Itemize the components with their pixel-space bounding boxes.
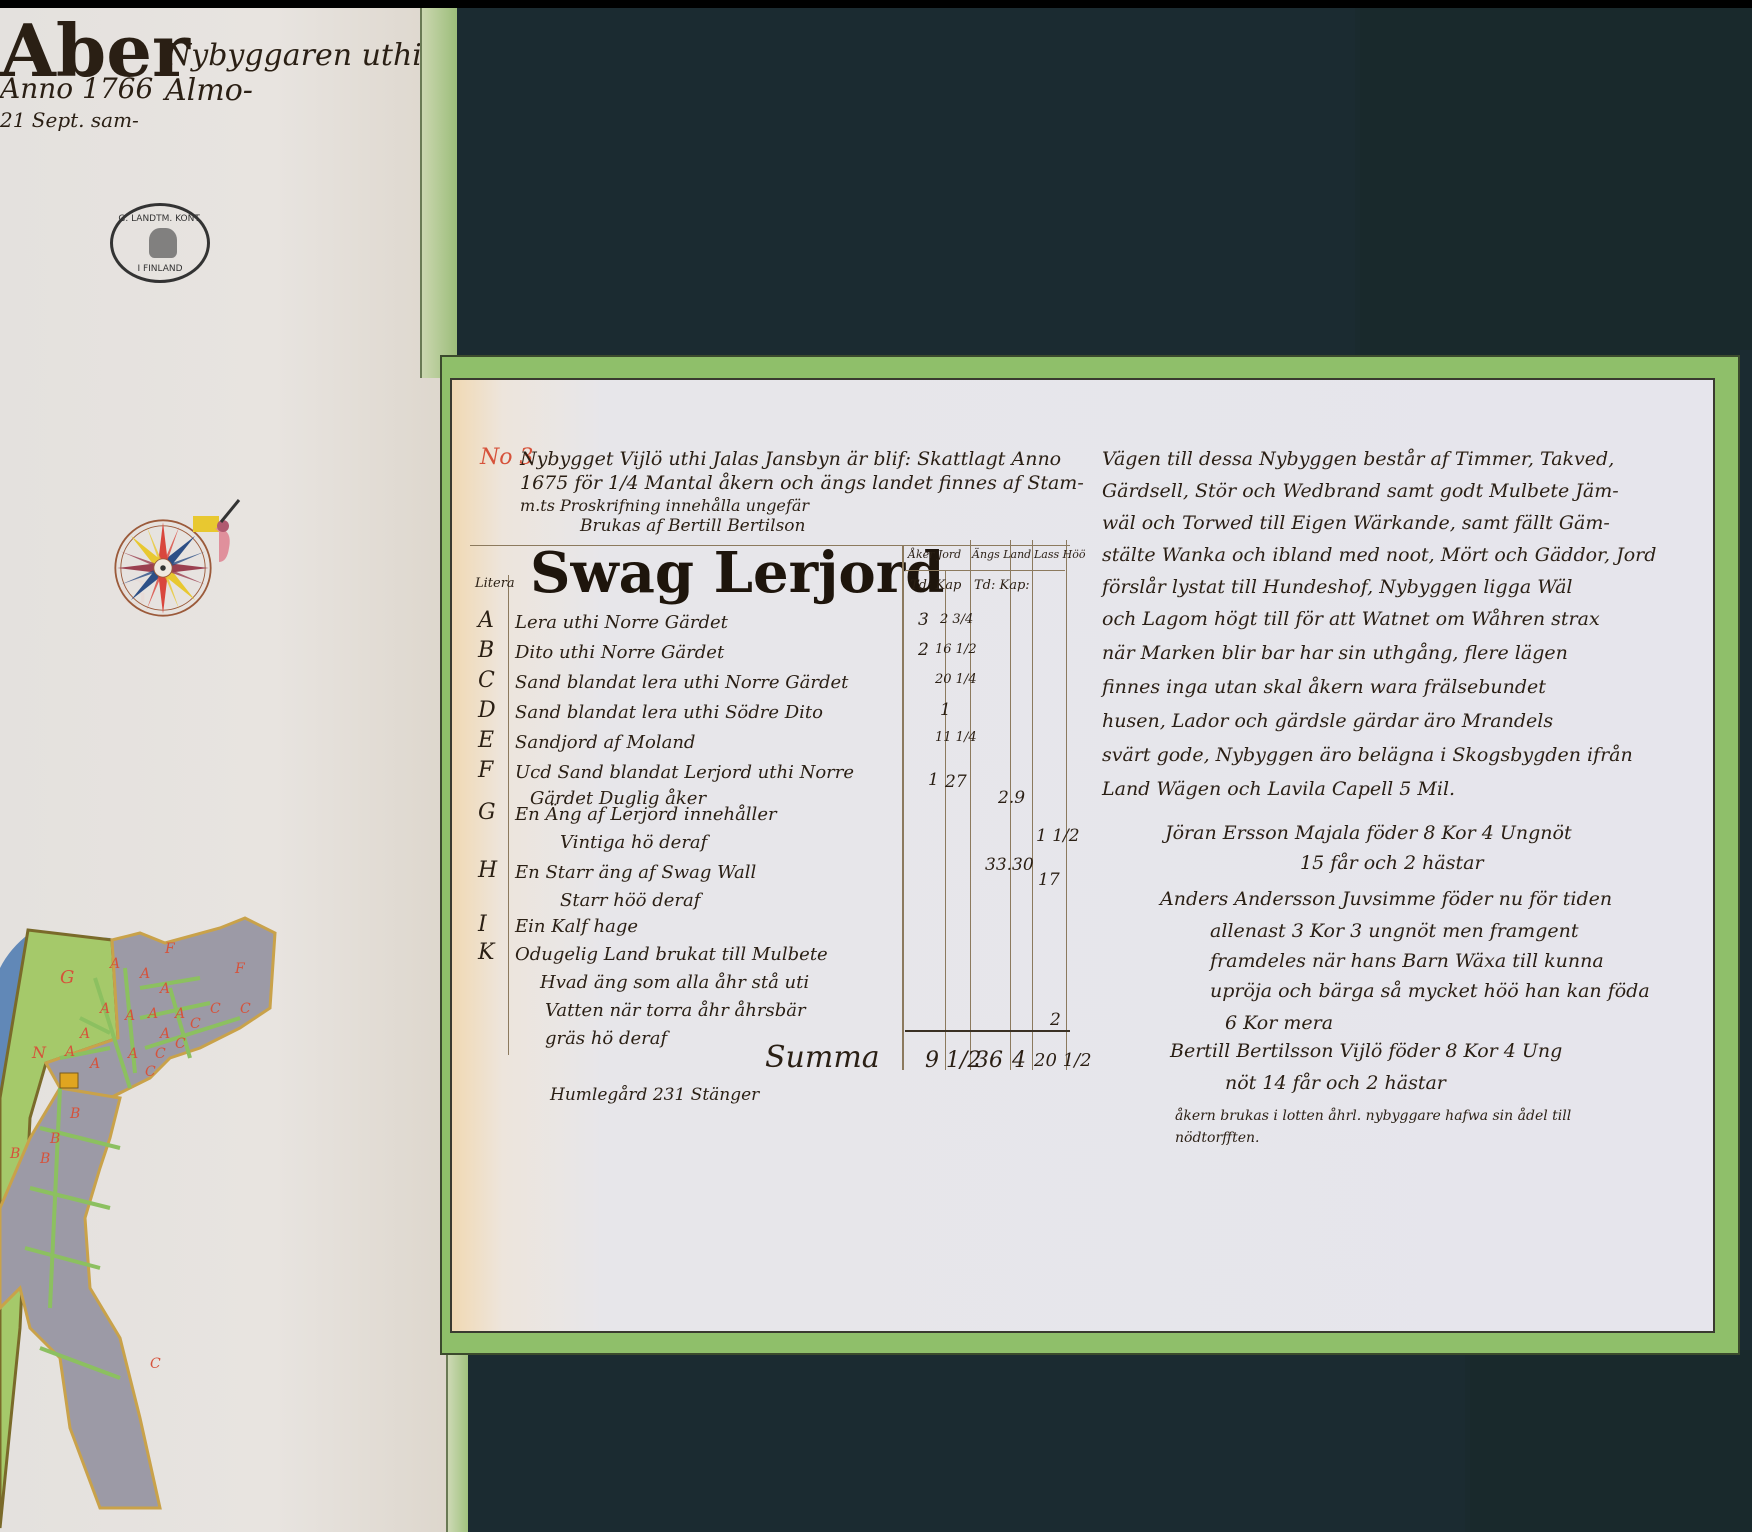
col-header-3: Lass Höö	[1034, 548, 1086, 561]
summa-c2a: 36	[975, 1048, 1003, 1073]
closing-note-1: åkern brukas i lotten åhrl. nybyggare ha…	[1175, 1108, 1571, 1124]
svg-text:N: N	[31, 1043, 47, 1062]
col3-end-rule	[1066, 540, 1067, 1070]
svg-text:C: C	[210, 1001, 221, 1017]
svg-text:C: C	[240, 1001, 251, 1017]
mount-board-edge	[1740, 350, 1752, 1350]
stamp-bottom-text: I FINLAND	[113, 264, 207, 274]
church-icon	[60, 1073, 78, 1088]
svg-text:A: A	[123, 1008, 135, 1024]
summa-label: Summa	[765, 1040, 880, 1075]
svg-text:C: C	[150, 1356, 161, 1372]
svg-text:A: A	[158, 1026, 170, 1042]
svg-text:C: C	[145, 1064, 156, 1080]
col3-rule	[1032, 540, 1033, 1070]
svg-text:B: B	[9, 1146, 20, 1162]
svg-text:F: F	[234, 961, 246, 977]
table-title: Swag Lerjord	[530, 540, 944, 606]
map-date: 21 Sept. sam-	[0, 108, 139, 132]
mount-board	[455, 8, 1355, 363]
intro-line-3: m.ts Proskrifning innehålla ungefär	[520, 496, 809, 515]
svg-text:A: A	[63, 1044, 75, 1060]
map-year: Anno 1766	[0, 72, 153, 105]
svg-text:A: A	[78, 1026, 90, 1042]
table-top-rule	[470, 545, 1070, 546]
svg-text:F: F	[164, 941, 176, 957]
svg-text:A: A	[88, 1056, 100, 1072]
village-map: AAA AAA AAA AAA BBBB CCC CCCC FFG N	[0, 908, 280, 1532]
col1-rule	[902, 545, 904, 1070]
fleur-de-lis-ornament-icon	[185, 498, 245, 568]
intro-line-1: Nybygget Vijlö uthi Jalas Jansbyn är bli…	[520, 448, 1061, 470]
svg-text:A: A	[98, 1001, 110, 1017]
svg-text:A: A	[173, 1006, 185, 1022]
svg-text:B: B	[69, 1106, 80, 1122]
mount-board-bottom-right	[1470, 1350, 1752, 1532]
svg-text:C: C	[175, 1036, 186, 1052]
svg-text:B: B	[49, 1131, 60, 1147]
summa-rule	[905, 1030, 1070, 1032]
footnote: Humlegård 231 Stänger	[550, 1085, 759, 1105]
summa-c1: 9 1/2	[925, 1048, 981, 1073]
letter-column-rule	[508, 575, 509, 1055]
svg-text:A: A	[108, 956, 120, 972]
mount-board-right	[1360, 8, 1752, 363]
svg-text:A: A	[126, 1046, 138, 1062]
archive-stamp: G. LANDTM. KONT. I FINLAND	[110, 203, 210, 283]
header-sub-rule	[905, 570, 1065, 571]
svg-text:C: C	[190, 1016, 201, 1032]
col-header-letter: Litera	[475, 576, 515, 591]
col-header-1: Åker Jord	[908, 548, 961, 561]
intro-line-4: Brukas af Bertill Bertilson	[580, 516, 805, 536]
closing-note-2: nödtorfften.	[1175, 1130, 1259, 1146]
col-header-1-sub: Td: Kap	[910, 578, 961, 593]
summa-c3: 20 1/2	[1034, 1050, 1092, 1071]
mount-board-bottom	[465, 1350, 1465, 1532]
svg-text:A: A	[138, 966, 150, 982]
col-header-2: Ängs Land	[972, 548, 1031, 561]
top-edge	[0, 0, 1752, 8]
svg-text:C: C	[155, 1046, 166, 1062]
svg-text:A: A	[146, 1006, 158, 1022]
map-subtitle: Nybyggaren uthi Almo-	[165, 38, 455, 108]
svg-text:B: B	[39, 1151, 50, 1167]
intro-line-2: 1675 för 1/4 Mantal åkern och ängs lande…	[520, 472, 1084, 494]
stamp-top-text: G. LANDTM. KONT.	[113, 214, 207, 224]
summa-c2b: 4	[1012, 1048, 1026, 1073]
eagle-icon	[149, 228, 177, 258]
map-sheet: Aber Nybyggaren uthi Almo- Anno 1766 21 …	[0, 8, 455, 1532]
map-sheet-border	[420, 8, 457, 378]
map-sheet-border-bottom	[446, 1340, 468, 1532]
svg-text:A: A	[158, 981, 170, 997]
svg-text:G: G	[60, 967, 74, 988]
col-header-2-sub: Td: Kap:	[974, 578, 1030, 593]
